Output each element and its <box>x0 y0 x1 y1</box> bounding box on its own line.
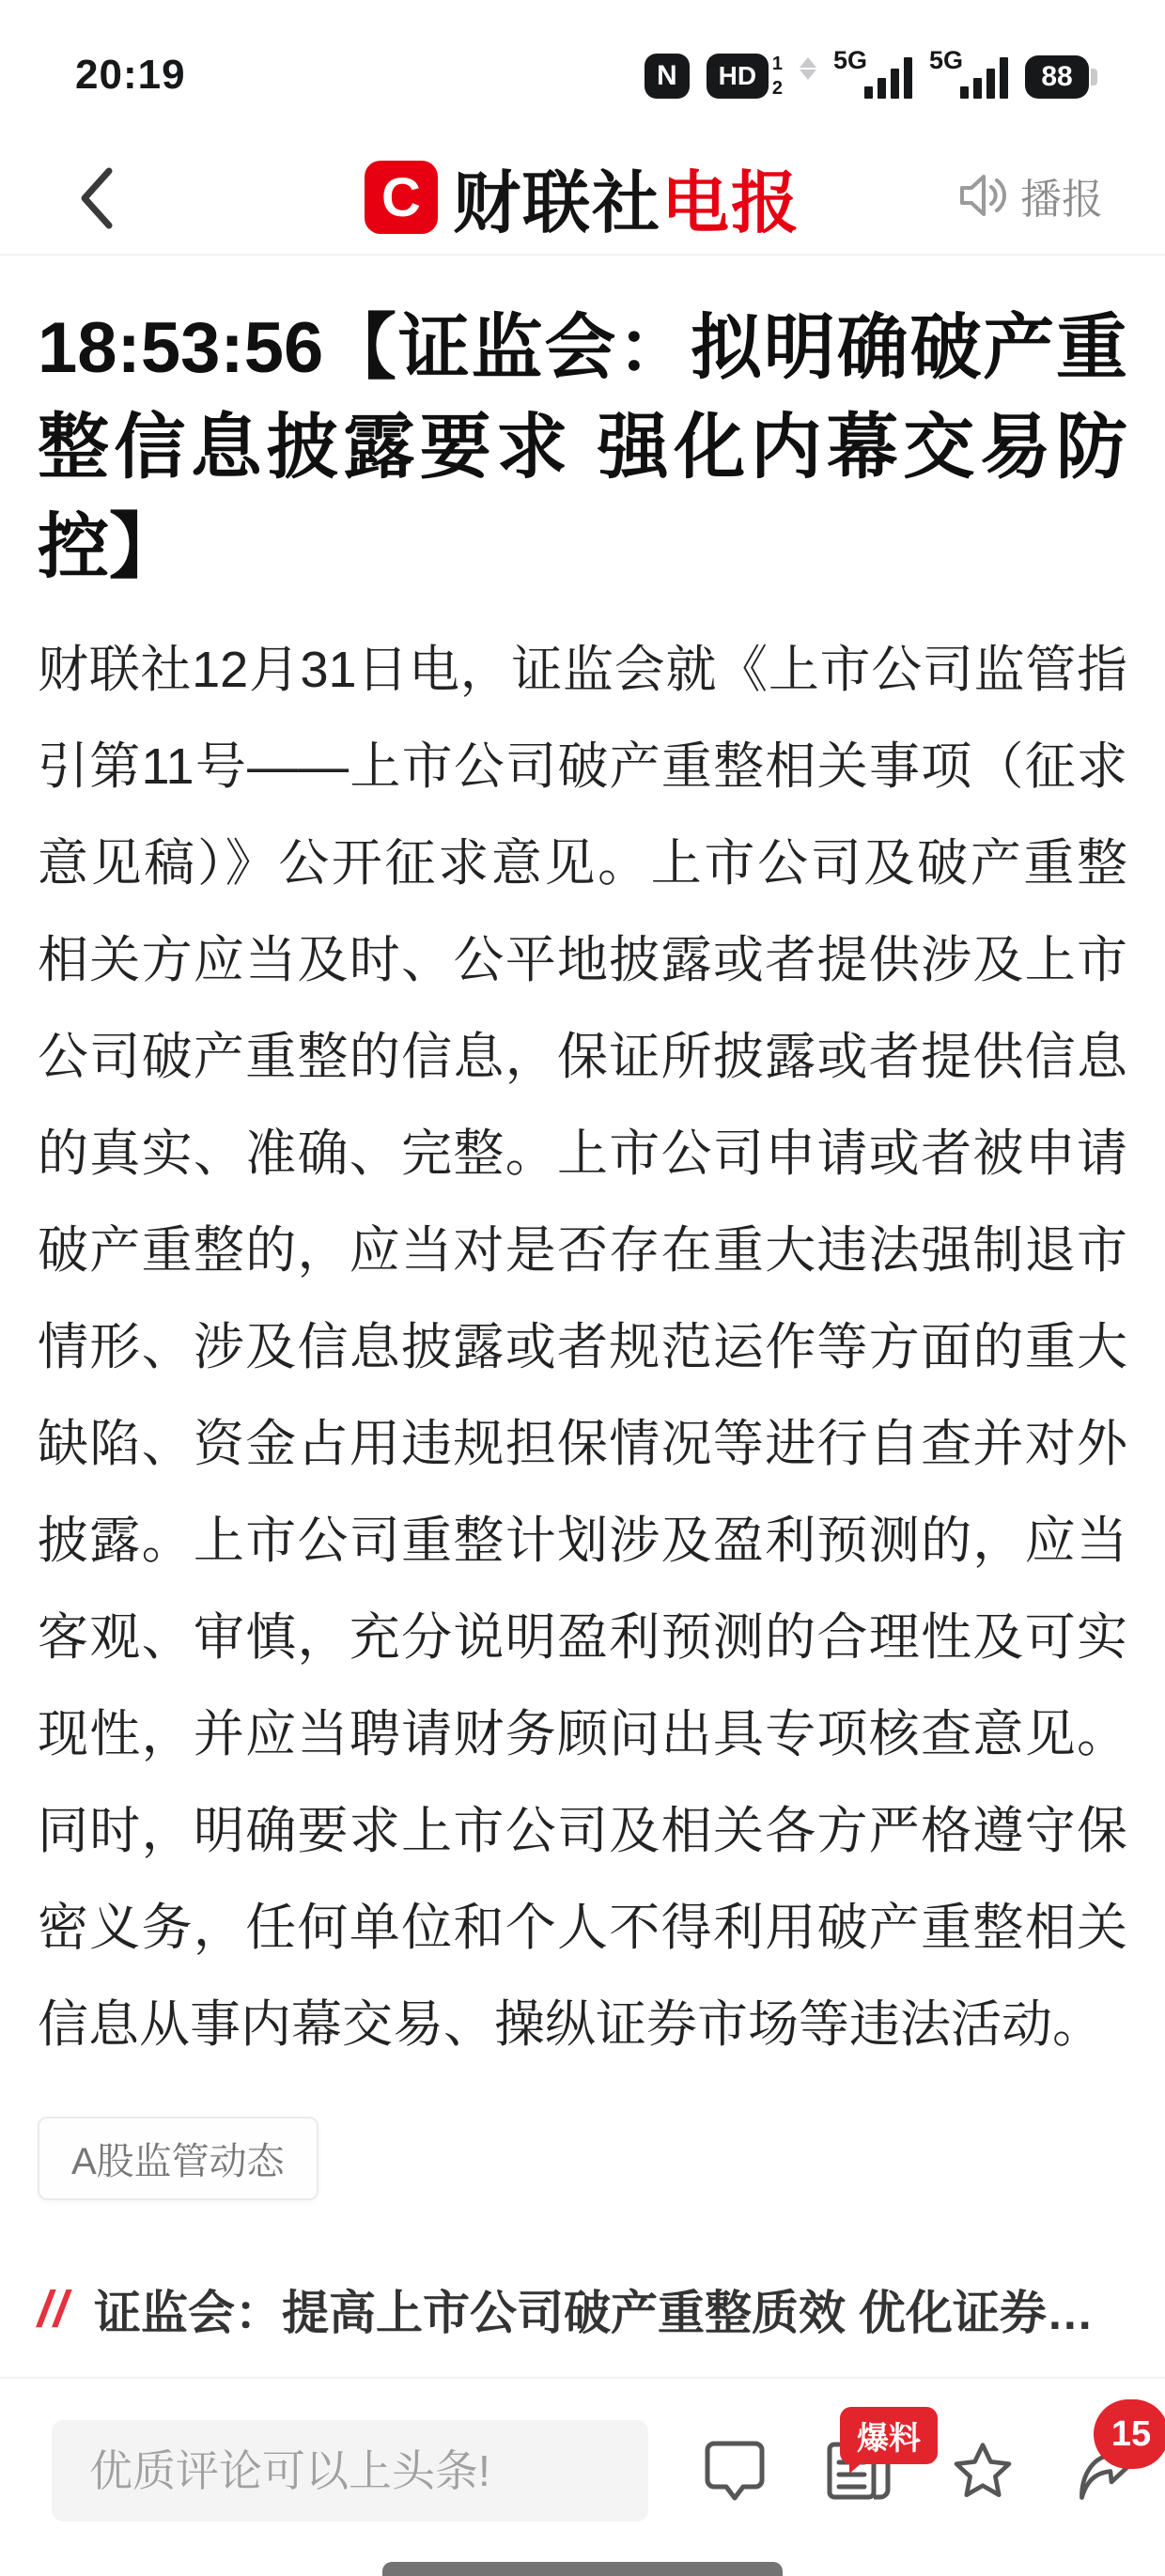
related-article-title: 证监会：提高上市公司破产重整质效 优化证券市... <box>94 2275 1127 2343</box>
hd-volte-icon: HD 1 2 <box>707 54 783 99</box>
sim1-label: 1 <box>772 54 783 74</box>
up-down-arrows-icon <box>800 57 816 99</box>
action-icons: 爆料 15 <box>701 2437 1141 2505</box>
tip-badge: 爆料 <box>840 2407 938 2464</box>
related-slashes-icon: // <box>38 2280 70 2338</box>
chevron-left-icon <box>77 165 115 231</box>
clock-time: 20:19 <box>75 52 186 99</box>
article-body: 财联社12月31日电，证监会就《上市公司监管指引第11号——上市公司破产重整相关… <box>38 622 1127 2073</box>
status-bar: 20:19 N HD 1 2 5G 5G 88 <box>0 0 1165 141</box>
share-button[interactable]: 15 <box>1073 2437 1141 2505</box>
network-type-label: 5G <box>833 46 867 75</box>
app-logo: C 财联社 电报 <box>365 148 800 246</box>
nfc-icon: N <box>645 54 690 99</box>
broadcast-button[interactable]: 播报 <box>958 165 1103 225</box>
star-outline-icon <box>949 2438 1017 2504</box>
broadcast-label: 播报 <box>1020 165 1103 225</box>
article-card: 18:53:56【证监会：拟明确破产重整信息披露要求 强化内幕交易防控】 财联社… <box>0 299 1165 2463</box>
favorite-button[interactable] <box>949 2437 1017 2505</box>
speech-bubble-icon <box>703 2438 767 2504</box>
bottom-action-bar: 爆料 15 <box>0 2377 1165 2576</box>
logo-c-icon: C <box>365 161 438 234</box>
logo-suffix: 电报 <box>661 148 800 246</box>
sim2-label: 2 <box>772 78 783 99</box>
comment-input[interactable] <box>52 2420 648 2522</box>
share-count-badge: 15 <box>1094 2399 1165 2469</box>
back-button[interactable] <box>58 158 133 239</box>
battery-level: 88 <box>1025 55 1089 99</box>
comment-button[interactable] <box>701 2437 769 2505</box>
related-article-link[interactable]: // 证监会：提高上市公司破产重整质效 优化证券市... <box>38 2275 1127 2343</box>
signal-bars-icon-sim2: 5G <box>929 52 1008 99</box>
signal-bars-icon-sim1: 5G <box>833 52 912 99</box>
status-icons: N HD 1 2 5G 5G 88 <box>645 52 1097 99</box>
topic-tag[interactable]: A股监管动态 <box>38 2117 318 2200</box>
logo-name: 财联社 <box>453 148 661 246</box>
article-title: 18:53:56【证监会：拟明确破产重整信息披露要求 强化内幕交易防控】 <box>38 299 1127 597</box>
home-indicator[interactable] <box>382 2562 783 2576</box>
battery-icon: 88 <box>1025 55 1097 99</box>
network-type-label: 5G <box>929 46 963 75</box>
tip-news-button[interactable]: 爆料 <box>825 2437 893 2505</box>
app-header: C 财联社 电报 播报 <box>0 141 1165 256</box>
speaker-icon <box>958 172 1009 219</box>
